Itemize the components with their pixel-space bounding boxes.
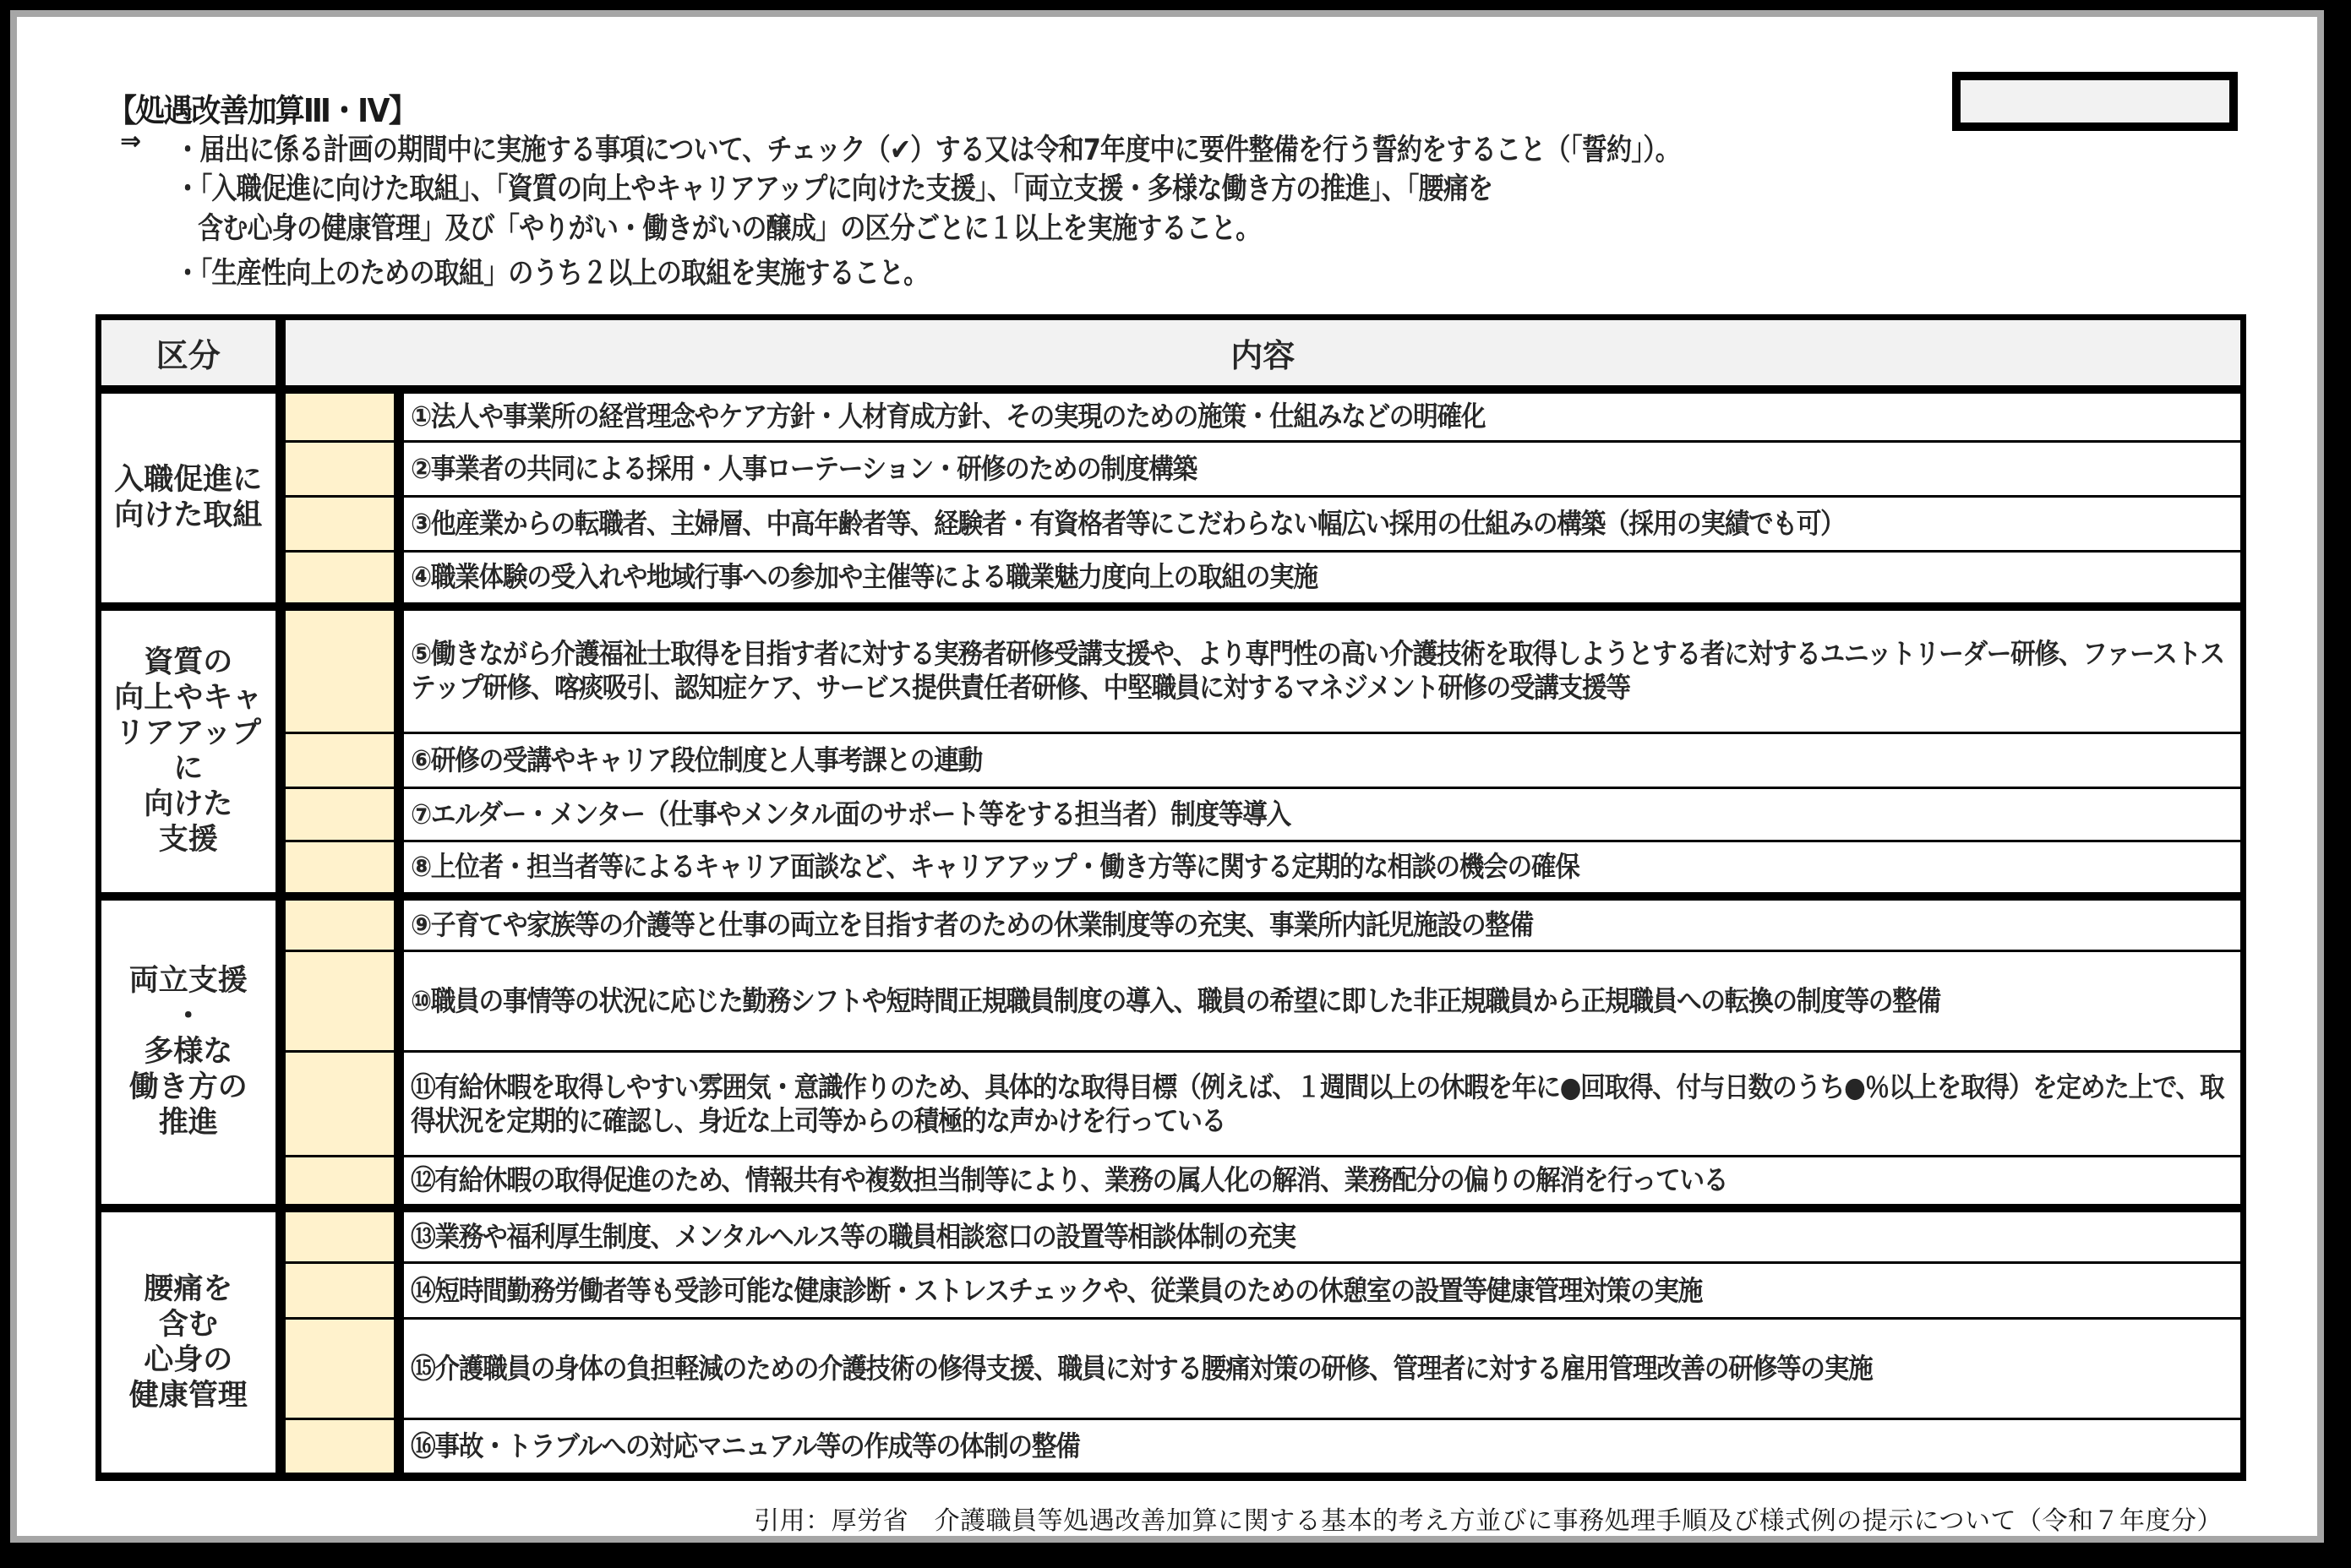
citation-text: 引用：厚労省 介護職員等処遇改善加算に関する基本的考え方並びに事務処理手順及び様… — [754, 1500, 2223, 1537]
table-row: ⑯事故・トラブルへの対応マニュアル等の作成等の体制の整備 — [99, 1419, 2244, 1477]
checkbox-cell[interactable] — [281, 1263, 399, 1319]
table-row: ⑮介護職員の身体の負担軽減のための介護技術の修得支援、職員に対する腰痛対策の研修… — [99, 1319, 2244, 1419]
page-frame: 【処遇改善加算Ⅲ・Ⅳ】 ⇒ ・届出に係る計画の期間中に実施する事項について、チェ… — [10, 10, 2324, 1543]
content-cell: ⑤働きながら介護福祉士取得を目指す者に対する実務者研修受講支援や、より専門性の高… — [399, 607, 2244, 733]
category-cell: 両立支援・多様な働き方の推進 — [99, 896, 281, 1208]
category-label-line: 健康管理 — [101, 1378, 275, 1413]
item-text: ④職業体験の受入れや地域行事への参加や主催等による職業魅力度向上の取組の実施 — [411, 560, 2234, 594]
content-cell: ⑨子育てや家族等の介護等と仕事の両立を目指す者のための休業制度等の充実、事業所内… — [399, 896, 2244, 951]
category-label-line: 向けた — [101, 787, 275, 822]
category-label-line: 資質の — [101, 645, 275, 680]
content-cell: ⑩職員の事情等の状況に応じた勤務シフトや短時間正規職員制度の導入、職員の希望に即… — [399, 951, 2244, 1052]
checkbox-cell[interactable] — [281, 389, 399, 442]
table-row: ⑥研修の受講やキャリア段位制度と人事考課との連動 — [99, 733, 2244, 788]
item-text: ⑪有給休暇を取得しやすい雰囲気・意識作りのため、具体的な取得目標（例えば、１週間… — [411, 1070, 2234, 1138]
table-row: ③他産業からの転職者、主婦層、中高年齢者等、経験者・有資格者等にこだわらない幅広… — [99, 497, 2244, 552]
table-row: ⑩職員の事情等の状況に応じた勤務シフトや短時間正規職員制度の導入、職員の希望に即… — [99, 951, 2244, 1052]
table-row: ⑦エルダー・メンター（仕事やメンタル面のサポート等をする担当者）制度等導入 — [99, 788, 2244, 841]
content-cell: ⑥研修の受講やキャリア段位制度と人事考課との連動 — [399, 733, 2244, 788]
item-text: ⑯事故・トラブルへの対応マニュアル等の作成等の体制の整備 — [411, 1429, 2234, 1463]
item-text: ⑩職員の事情等の状況に応じた勤務シフトや短時間正規職員制度の導入、職員の希望に即… — [411, 984, 2234, 1018]
table-row: 両立支援・多様な働き方の推進⑨子育てや家族等の介護等と仕事の両立を目指す者のため… — [99, 896, 2244, 951]
checkbox-cell[interactable] — [281, 841, 399, 896]
item-text: ⑥研修の受講やキャリア段位制度と人事考課との連動 — [411, 743, 2234, 777]
content-cell: ③他産業からの転職者、主婦層、中高年齢者等、経験者・有資格者等にこだわらない幅広… — [399, 497, 2244, 552]
intro-line-4: ・「生産性向上のための取組」のうち２以上の取組を実施すること。 — [175, 250, 928, 292]
content-cell: ⑮介護職員の身体の負担軽減のための介護技術の修得支援、職員に対する腰痛対策の研修… — [399, 1319, 2244, 1419]
content-cell: ⑪有給休暇を取得しやすい雰囲気・意識作りのため、具体的な取得目標（例えば、１週間… — [399, 1052, 2244, 1157]
category-cell: 資質の向上やキャリアアップに向けた支援 — [99, 607, 281, 896]
category-label-line: 働き方の — [101, 1070, 275, 1105]
category-label-line: 多様な — [101, 1034, 275, 1070]
table-row: ⑭短時間勤務労働者等も受診可能な健康診断・ストレスチェックや、従業員のための休憩… — [99, 1263, 2244, 1319]
arrow-icon: ⇒ — [120, 127, 141, 156]
category-label-line: 両立支援 — [101, 963, 275, 999]
checkbox-cell[interactable] — [281, 442, 399, 497]
intro-line-1: ・届出に係る計画の期間中に実施する事項について、チェック（✔）する又は令和7年度… — [175, 127, 1680, 169]
header-content: 内容 — [281, 318, 2244, 389]
table-row: 腰痛を含む心身の健康管理⑬業務や福利厚生制度、メンタルヘルス等の職員相談窓口の設… — [99, 1208, 2244, 1263]
content-cell: ①法人や事業所の経営理念やケア方針・人材育成方針、その実現のための施策・仕組みな… — [399, 389, 2244, 442]
stamp-input-box[interactable] — [1952, 72, 2238, 131]
checkbox-cell[interactable] — [281, 1052, 399, 1157]
item-text: ②事業者の共同による採用・人事ローテーション・研修のための制度構築 — [411, 452, 2234, 486]
content-cell: ⑭短時間勤務労働者等も受診可能な健康診断・ストレスチェックや、従業員のための休憩… — [399, 1263, 2244, 1319]
content-cell: ⑬業務や福利厚生制度、メンタルヘルス等の職員相談窓口の設置等相談体制の充実 — [399, 1208, 2244, 1263]
category-label-line: に — [101, 751, 275, 787]
requirements-table: 区分 内容 入職促進に向けた取組①法人や事業所の経営理念やケア方針・人材育成方針… — [95, 314, 2246, 1481]
table-row: ⑪有給休暇を取得しやすい雰囲気・意識作りのため、具体的な取得目標（例えば、１週間… — [99, 1052, 2244, 1157]
content-cell: ⑯事故・トラブルへの対応マニュアル等の作成等の体制の整備 — [399, 1419, 2244, 1477]
checkbox-cell[interactable] — [281, 951, 399, 1052]
category-cell: 入職促進に向けた取組 — [99, 389, 281, 607]
table-header-row: 区分 内容 — [99, 318, 2244, 389]
category-label-line: 含む — [101, 1307, 275, 1342]
checkbox-cell[interactable] — [281, 497, 399, 552]
category-label-line: 腰痛を — [101, 1271, 275, 1307]
item-text: ⑮介護職員の身体の負担軽減のための介護技術の修得支援、職員に対する腰痛対策の研修… — [411, 1352, 2234, 1386]
intro-line-3: 含む心身の健康管理」及び「やりがい・働きがいの醸成」の区分ごとに１以上を実施する… — [198, 205, 1260, 248]
content-cell: ④職業体験の受入れや地域行事への参加や主催等による職業魅力度向上の取組の実施 — [399, 552, 2244, 607]
category-label-line: 心身の — [101, 1342, 275, 1378]
checkbox-cell[interactable] — [281, 1419, 399, 1477]
section-title: 【処遇改善加算Ⅲ・Ⅳ】 — [107, 84, 417, 131]
table-row: ②事業者の共同による採用・人事ローテーション・研修のための制度構築 — [99, 442, 2244, 497]
checkbox-cell[interactable] — [281, 552, 399, 607]
item-text: ⑦エルダー・メンター（仕事やメンタル面のサポート等をする担当者）制度等導入 — [411, 798, 2234, 831]
item-text: ①法人や事業所の経営理念やケア方針・人材育成方針、その実現のための施策・仕組みな… — [411, 400, 2234, 433]
item-text: ⑧上位者・担当者等によるキャリア面談など、キャリアアップ・働き方等に関する定期的… — [411, 850, 2234, 884]
checkbox-cell[interactable] — [281, 733, 399, 788]
item-text: ⑤働きながら介護福祉士取得を目指す者に対する実務者研修受講支援や、より専門性の高… — [411, 637, 2234, 705]
category-label-line: 推進 — [101, 1105, 275, 1141]
checkbox-cell[interactable] — [281, 788, 399, 841]
table-row: 入職促進に向けた取組①法人や事業所の経営理念やケア方針・人材育成方針、その実現の… — [99, 389, 2244, 442]
checkbox-cell[interactable] — [281, 607, 399, 733]
checkbox-cell[interactable] — [281, 1208, 399, 1263]
category-label-line: リアアップ — [101, 716, 275, 751]
table-row: ⑧上位者・担当者等によるキャリア面談など、キャリアアップ・働き方等に関する定期的… — [99, 841, 2244, 896]
item-text: ⑭短時間勤務労働者等も受診可能な健康診断・ストレスチェックや、従業員のための休憩… — [411, 1274, 2234, 1308]
content-cell: ⑫有給休暇の取得促進のため、情報共有や複数担当制等により、業務の属人化の解消、業… — [399, 1157, 2244, 1208]
header-category: 区分 — [99, 318, 281, 389]
intro-line-2: ・「入職促進に向けた取組」、「資質の向上やキャリアアップに向けた支援」、「両立支… — [175, 166, 1492, 208]
category-label-line: 向けた取組 — [101, 498, 275, 533]
checkbox-cell[interactable] — [281, 1319, 399, 1419]
checkbox-cell[interactable] — [281, 1157, 399, 1208]
category-label-line: 入職促進に — [101, 462, 275, 498]
checkbox-cell[interactable] — [281, 896, 399, 951]
item-text: ③他産業からの転職者、主婦層、中高年齢者等、経験者・有資格者等にこだわらない幅広… — [411, 507, 2234, 541]
category-cell: 腰痛を含む心身の健康管理 — [99, 1208, 281, 1477]
table-row: ⑫有給休暇の取得促進のため、情報共有や複数担当制等により、業務の属人化の解消、業… — [99, 1157, 2244, 1208]
category-label-line: 向上やキャ — [101, 680, 275, 716]
table-row: ④職業体験の受入れや地域行事への参加や主催等による職業魅力度向上の取組の実施 — [99, 552, 2244, 607]
content-cell: ⑧上位者・担当者等によるキャリア面談など、キャリアアップ・働き方等に関する定期的… — [399, 841, 2244, 896]
document-page: 【処遇改善加算Ⅲ・Ⅳ】 ⇒ ・届出に係る計画の期間中に実施する事項について、チェ… — [17, 17, 2317, 1536]
item-text: ⑫有給休暇の取得促進のため、情報共有や複数担当制等により、業務の属人化の解消、業… — [411, 1163, 2234, 1197]
item-text: ⑬業務や福利厚生制度、メンタルヘルス等の職員相談窓口の設置等相談体制の充実 — [411, 1220, 2234, 1254]
category-label-line: ・ — [101, 999, 275, 1034]
item-text: ⑨子育てや家族等の介護等と仕事の両立を目指す者のための休業制度等の充実、事業所内… — [411, 908, 2234, 942]
content-cell: ②事業者の共同による採用・人事ローテーション・研修のための制度構築 — [399, 442, 2244, 497]
content-cell: ⑦エルダー・メンター（仕事やメンタル面のサポート等をする担当者）制度等導入 — [399, 788, 2244, 841]
table-row: 資質の向上やキャリアアップに向けた支援⑤働きながら介護福祉士取得を目指す者に対す… — [99, 607, 2244, 733]
category-label-line: 支援 — [101, 822, 275, 857]
